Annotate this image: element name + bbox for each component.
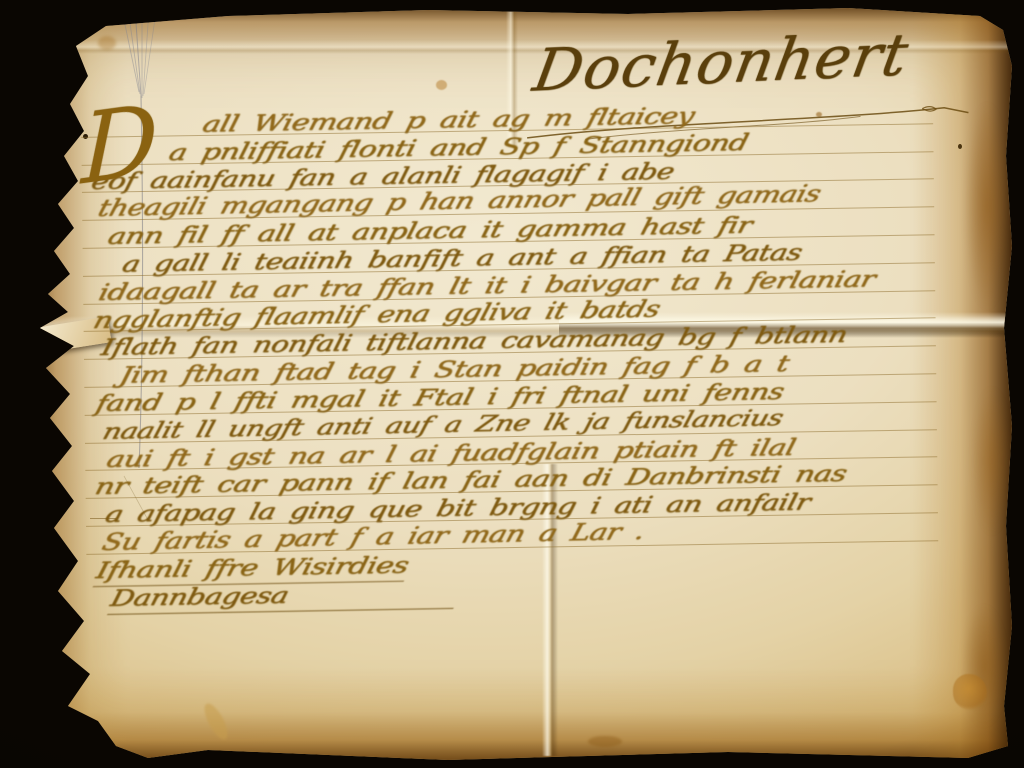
- photo-backdrop: Dochonhert Dall Wiemand p ait ag m fltai…: [0, 0, 1024, 768]
- stain-speck: [958, 144, 962, 149]
- stain-speck: [436, 80, 447, 90]
- stain-smudge: [98, 36, 116, 50]
- document-heading: Dochonhert: [527, 22, 979, 100]
- edge-stain-blotch: [962, 606, 1006, 726]
- edge-stain-blotch: [964, 101, 1010, 311]
- horizontal-fold-crease-top: [28, 40, 1012, 54]
- heading-script-text: Dochonhert: [529, 25, 912, 100]
- stain-mark: [200, 700, 232, 742]
- aged-paper-sheet: Dochonhert Dall Wiemand p ait ag m fltai…: [28, 6, 1012, 762]
- stain-smudge: [588, 736, 622, 747]
- ink-stain: [953, 674, 987, 710]
- handwriting-lines: Dall Wiemand p ait ag m fltaiceya pnliff…: [87, 103, 943, 614]
- edge-stain-blotch: [972, 386, 1012, 536]
- flourished-initial: D: [81, 91, 159, 198]
